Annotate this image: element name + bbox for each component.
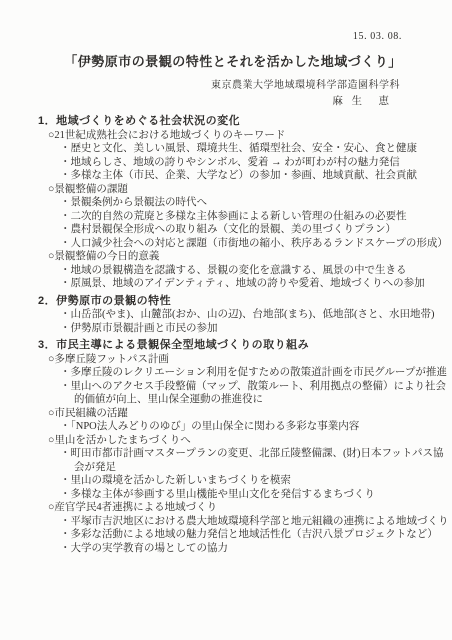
bullet-marker: ・ xyxy=(60,224,71,235)
bullet-marker: ・ xyxy=(60,143,71,154)
outline-bullet: ・大学の実学教育の場としての協力 xyxy=(38,542,428,556)
outline-bullet: ・人口減少社会への対応と課題（市街地の縮小、秩序あるランドスケープの形成） xyxy=(38,237,428,251)
outline-topic: ○里山を活かしたまちづくりへ xyxy=(38,434,428,448)
bullet-marker: ・ xyxy=(60,381,71,392)
author-affiliation: 東京農業大学地域環境科学部造園科学科 xyxy=(38,79,428,92)
outline-text: 里山を活かしたまちづくりへ xyxy=(54,435,190,446)
outline-bullet: ・歴史と文化、美しい風景、環境共生、循環型社会、安全・安心、食と健康 xyxy=(38,142,428,156)
bullet-marker: ・ xyxy=(60,170,71,181)
outline-text: 産官学民4者連携による地域づくり xyxy=(54,502,217,513)
bullet-marker: ・ xyxy=(60,529,71,540)
outline-bullet: ・里山の環境を活かした新しいまちづくりを模索 xyxy=(38,474,428,488)
outline-text: 多様な主体（市民、企業、大学など）の参加・参画、地域貢献、社会貢献 xyxy=(71,170,418,181)
outline-bullet: ・平塚市吉沢地区における農大地域環境科学部と地元組織の連携による地域づくり xyxy=(38,515,428,529)
outline-bullet: ・二次的自然の荒廃と多様な主体参画による新しい管理の仕組みの必要性 xyxy=(38,210,428,224)
outline-bullet: ・里山へのアクセス手段整備（マップ、散策ルート、利用拠点の整備）により社会 xyxy=(38,380,428,394)
outline-bullet: ・地域の景観構造を認識する、景観の変化を意識する、風景の中で生きる xyxy=(38,264,428,278)
outline-continuation: 的価値が向上、里山保全運動の推進役に xyxy=(38,393,428,407)
outline-text: 伊勢原市景観計画と市民の参加 xyxy=(71,323,218,334)
bullet-marker: ・ xyxy=(60,309,71,320)
outline-bullet: ・農村景観保全形成への取り組み（文化的景観、美の里づくりプラン） xyxy=(38,223,428,237)
outline-bullet: ・伊勢原市景観計画と市民の参加 xyxy=(38,322,428,336)
outline-continuation: 会が発足 xyxy=(38,461,428,475)
section-heading: 2．伊勢原市の景観の特性 xyxy=(38,295,428,309)
outline-bullet: ・多摩丘陵のレクリエーション利用を促すための散策道計画を市民グループが推進 xyxy=(38,366,428,380)
outline-topic: ○21世紀成熟社会における地域づくりのキーワード xyxy=(38,129,428,143)
outline-text: 地域の景観構造を認識する、景観の変化を意識する、風景の中で生きる xyxy=(71,265,407,276)
outline-text: 多摩丘陵フットパス計画 xyxy=(54,354,169,365)
outline-text: 多摩丘陵のレクリエーション利用を促すための散策道計画を市民グループが推進 xyxy=(71,367,447,378)
bullet-marker: ・ xyxy=(60,516,71,527)
outline-bullet: ・「NPO法人みどりのゆび」の里山保全に関わる多彩な事業内容 xyxy=(38,420,428,434)
bullet-marker: ・ xyxy=(60,278,71,289)
bullet-marker: ・ xyxy=(60,367,71,378)
outline-text: 平塚市吉沢地区における農大地域環境科学部と地元組織の連携による地域づくり xyxy=(71,516,449,527)
bullet-marker: ・ xyxy=(60,238,71,249)
author-name: 麻 生 恵 xyxy=(38,95,428,109)
outline-text: 里山へのアクセス手段整備（マップ、散策ルート、利用拠点の整備）により社会 xyxy=(71,381,446,392)
outline-bullet: ・景観条例から景観法の時代へ xyxy=(38,196,428,210)
outline-bullet: ・多様な主体が参画する里山機能や里山文化を発信するまちづくり xyxy=(38,488,428,502)
outline-text: 大学の実学教育の場としての協力 xyxy=(71,543,229,554)
outline-topic: ○産官学民4者連携による地域づくり xyxy=(38,501,428,515)
outline-text: 二次的自然の荒廃と多様な主体参画による新しい管理の仕組みの必要性 xyxy=(71,211,407,222)
bullet-marker: ・ xyxy=(60,157,71,168)
outline-bullet: ・原風景、地域のアイデンティティ、地域の誇りや愛着、地域づくりへの参加 xyxy=(38,277,428,291)
outline-bullet: ・山岳部(やま)、山麓部(おか、山の辺)、台地部(まち)、低地部(さと、水田地帯… xyxy=(38,308,428,322)
bullet-marker: ・ xyxy=(60,211,71,222)
outline-bullet: ・多様な主体（市民、企業、大学など）の参加・参画、地域貢献、社会貢献 xyxy=(38,169,428,183)
document-page: 15. 03. 08. 「伊勢原市の景観の特性とそれを活かした地域づくり」 東京… xyxy=(0,0,452,640)
outline-text: 人口減少社会への対応と課題（市街地の縮小、秩序あるランドスケープの形成） xyxy=(71,238,448,249)
outline: 1．地域づくりをめぐる社会状況の変化○21世紀成熟社会における地域づくりのキーワ… xyxy=(38,115,428,555)
section-heading: 3．市民主導による景観保全型地域づくりの取り組み xyxy=(38,339,428,353)
outline-bullet: ・地域らしさ、地域の誇りやシンボル、愛着 → わが町わが村の魅力発信 xyxy=(38,156,428,170)
document-title: 「伊勢原市の景観の特性とそれを活かした地域づくり」 xyxy=(38,53,428,71)
bullet-marker: ・ xyxy=(60,421,71,432)
outline-text: 「NPO法人みどりのゆび」の里山保全に関わる多彩な事業内容 xyxy=(71,421,360,432)
outline-text: 会が発足 xyxy=(74,462,116,473)
bullet-marker: ・ xyxy=(60,475,71,486)
outline-text: 歴史と文化、美しい風景、環境共生、循環型社会、安全・安心、食と健康 xyxy=(71,143,418,154)
outline-bullet: ・多彩な活動による地域の魅力発信と地域活性化（吉沢八景プロジェクトなど） xyxy=(38,528,428,542)
bullet-marker: ・ xyxy=(60,197,71,208)
bullet-marker: ・ xyxy=(60,489,71,500)
outline-text: 山岳部(やま)、山麓部(おか、山の辺)、台地部(まち)、低地部(さと、水田地帯) xyxy=(71,309,435,320)
outline-text: 景観整備の課題 xyxy=(54,184,128,195)
outline-text: 町田市都市計画マスタープランの変更、北部丘陵整備課、(財)日本フットパス協 xyxy=(71,448,444,459)
outline-text: 地域らしさ、地域の誇りやシンボル、愛着 → わが町わが村の魅力発信 xyxy=(71,157,400,168)
bullet-marker: ・ xyxy=(60,265,71,276)
outline-bullet: ・町田市都市計画マスタープランの変更、北部丘陵整備課、(財)日本フットパス協 xyxy=(38,447,428,461)
outline-topic: ○景観整備の課題 xyxy=(38,183,428,197)
bullet-marker: ・ xyxy=(60,448,71,459)
document-date: 15. 03. 08. xyxy=(38,30,428,43)
outline-text: 的価値が向上、里山保全運動の推進役に xyxy=(74,394,263,405)
bullet-marker: ・ xyxy=(60,543,71,554)
outline-text: 里山の環境を活かした新しいまちづくりを模索 xyxy=(71,475,291,486)
outline-text: 多彩な活動による地域の魅力発信と地域活性化（吉沢八景プロジェクトなど） xyxy=(71,529,438,540)
outline-text: 農村景観保全形成への取り組み（文化的景観、美の里づくりプラン） xyxy=(71,224,397,235)
outline-text: 原風景、地域のアイデンティティ、地域の誇りや愛着、地域づくりへの参加 xyxy=(71,278,425,289)
outline-topic: ○多摩丘陵フットパス計画 xyxy=(38,353,428,367)
outline-topic: ○市民組織の活躍 xyxy=(38,407,428,421)
outline-text: 多様な主体が参画する里山機能や里山文化を発信するまちづくり xyxy=(71,489,375,500)
outline-text: 市民組織の活躍 xyxy=(54,408,128,419)
outline-text: 景観整備の今日的意義 xyxy=(54,251,159,262)
bullet-marker: ・ xyxy=(60,323,71,334)
outline-text: 21世紀成熟社会における地域づくりのキーワード xyxy=(54,130,285,141)
section-heading: 1．地域づくりをめぐる社会状況の変化 xyxy=(38,115,428,129)
outline-text: 景観条例から景観法の時代へ xyxy=(71,197,208,208)
outline-topic: ○景観整備の今日的意義 xyxy=(38,250,428,264)
